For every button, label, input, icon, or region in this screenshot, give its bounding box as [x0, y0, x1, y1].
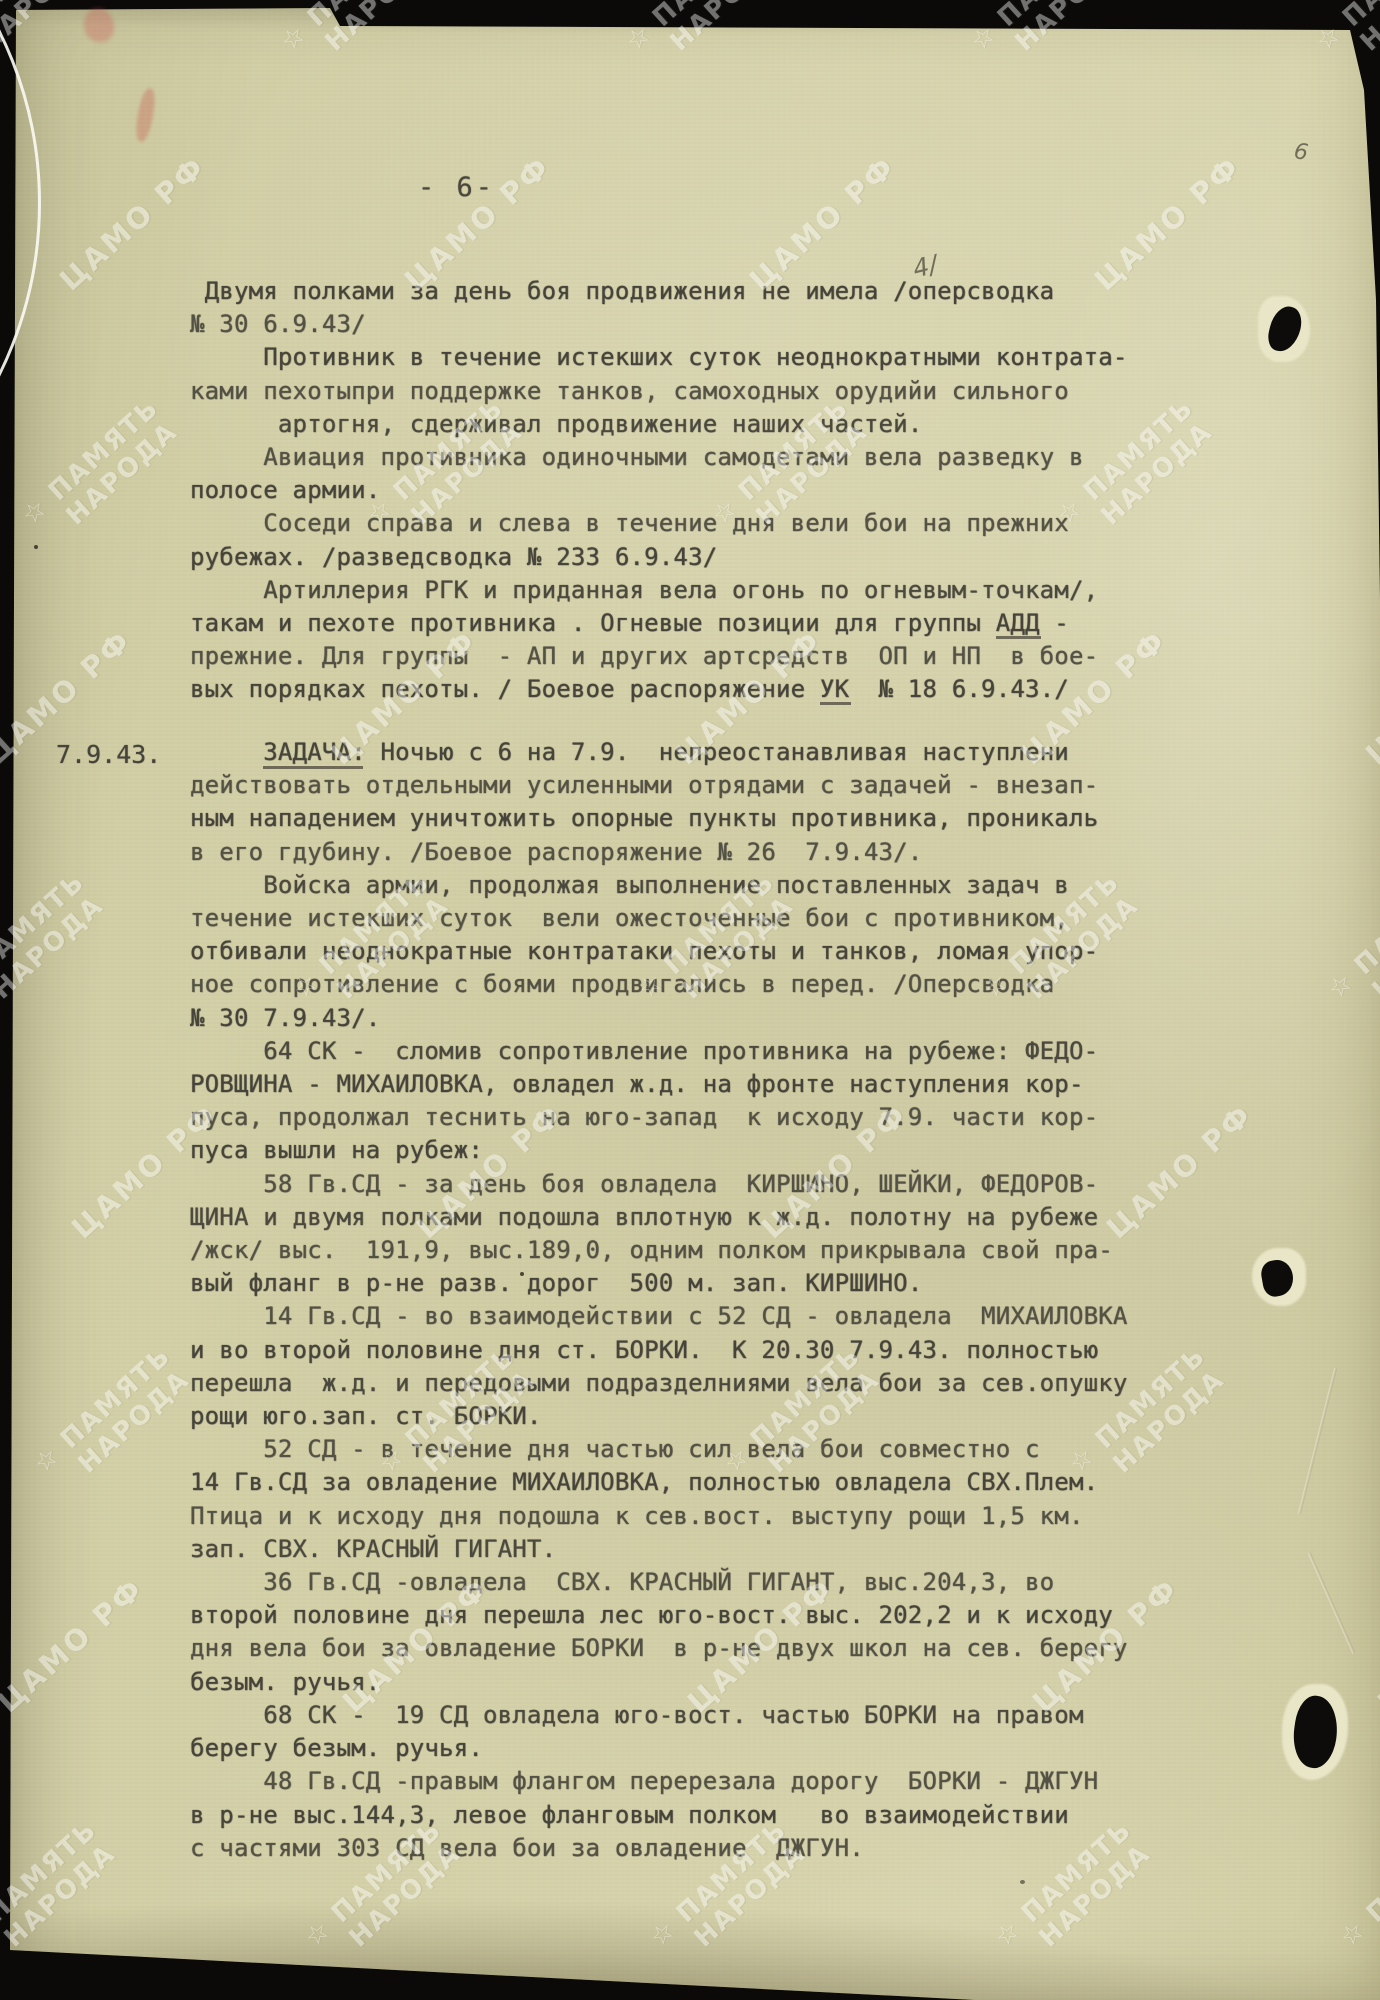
ink-speck — [1020, 1880, 1025, 1884]
typed-line: вый фланг в р-не разв. дорог 500 м. зап.… — [190, 1267, 1128, 1300]
typed-line: с частями 303 СД вела бои за овладение Д… — [190, 1832, 1128, 1865]
typed-line: Соседи справа и слева в течение дня вели… — [190, 507, 1128, 540]
typed-line: ное сопротивление с боями продвигались в… — [190, 968, 1128, 1001]
typed-line: пуса, продолжал теснить на юго-запад к и… — [190, 1101, 1128, 1134]
typed-line: в его гдубину. /Боевое распоряжение № 26… — [190, 836, 1128, 869]
typed-line: прежние. Для группы - АП и других артсре… — [190, 640, 1128, 673]
typed-line: рощи юго.зап. ст. БОРКИ. — [190, 1400, 1128, 1433]
typed-line: ками пехотыпри поддержке танков, самоход… — [190, 375, 1128, 408]
typed-line: Войска армии, продолжая выполнение поста… — [190, 869, 1128, 902]
typed-line: безым. ручья. — [190, 1666, 1128, 1699]
typed-line: 48 Гв.СД -правым флангом перерезала доро… — [190, 1765, 1128, 1798]
typed-line: пуса вышли на рубеж: — [190, 1134, 1128, 1167]
typed-line: № 30 7.9.43/. — [190, 1002, 1128, 1035]
typed-line: ЩИНА и двумя полками подошла вплотную к … — [190, 1201, 1128, 1234]
typed-line: /жск/ выс. 191,9, выс.189,0, одним полко… — [190, 1234, 1128, 1267]
typed-line: Авиация противника одиночными самодетами… — [190, 441, 1128, 474]
typewriter-underline-zadacha — [263, 766, 363, 769]
typed-line: 52 СД - в течение дня частью сил вела бо… — [190, 1433, 1128, 1466]
typed-line: Артиллерия РГК и приданная вела огонь по… — [190, 574, 1128, 607]
paper-crease — [1308, 1552, 1355, 1654]
pencil-annotation-right: 6 — [1292, 139, 1309, 166]
ink-speck — [34, 545, 38, 549]
typed-line: артогня, сдерживал продвижение наших час… — [190, 408, 1128, 441]
document-content: - 6- 7.9.43. Двумя полками за день боя п… — [0, 0, 1380, 2000]
scanned-document-page: - 6- 7.9.43. Двумя полками за день боя п… — [0, 0, 1380, 2000]
typed-line: 64 СК - сломив сопротивление противника … — [190, 1035, 1128, 1068]
typed-line: Двумя полками за день боя продвижения не… — [190, 275, 1128, 308]
typed-line: 14 Гв.СД за овладение МИХАИЛОВКА, полнос… — [190, 1466, 1128, 1499]
typed-line: РОВЩИНА - МИХАИЛОВКА, овладел ж.д. на фр… — [190, 1068, 1128, 1101]
typed-line: Птица и к исходу дня подошла к сев.вост.… — [190, 1500, 1128, 1533]
margin-date: 7.9.43. — [56, 740, 161, 769]
typewriter-underline-uk — [820, 702, 851, 705]
typed-line: 68 СК - 19 СД овладела юго-вост. частью … — [190, 1699, 1128, 1732]
red-pencil-streak — [133, 87, 157, 143]
typed-line: в р-не выс.144,3, левое фланговым полком… — [190, 1799, 1128, 1832]
typed-line: отбивали неоднократные контратаки пехоты… — [190, 935, 1128, 968]
typed-line: ЗАДАЧА: Ночью с 6 на 7.9. непреостанавли… — [190, 736, 1128, 769]
typed-line: 14 Гв.СД - во взаимодействии с 52 СД - о… — [190, 1300, 1128, 1333]
typed-line: Противник в течение истекших суток неодн… — [190, 341, 1128, 374]
typewriter-underline-add — [996, 636, 1041, 639]
typed-line: № 30 6.9.43/ — [190, 308, 1128, 341]
typed-line: 36 Гв.СД -овладела СВХ. КРАСНЫЙ ГИГАНТ, … — [190, 1566, 1128, 1599]
paper-crease — [1298, 1368, 1337, 1514]
typed-line: второй половине дня перешла лес юго-вост… — [190, 1599, 1128, 1632]
typed-line: дня вела бои за овладение БОРКИ в р-не д… — [190, 1632, 1128, 1665]
typed-line: такам и пехоте противника . Огневые пози… — [190, 607, 1128, 640]
typed-text-block-1: Двумя полками за день боя продвижения не… — [190, 275, 1128, 707]
typed-line: ным нападением уничтожить опорные пункты… — [190, 802, 1128, 835]
typed-line: и во второй половине дня ст. БОРКИ. К 20… — [190, 1334, 1128, 1367]
typed-line: зап. СВХ. КРАСНЫЙ ГИГАНТ. — [190, 1533, 1128, 1566]
typed-line: полосе армии. — [190, 474, 1128, 507]
typed-line: 58 Гв.СД - за день боя овладела КИРШИНО,… — [190, 1168, 1128, 1201]
typed-text-block-2: ЗАДАЧА: Ночью с 6 на 7.9. непреостанавли… — [190, 736, 1128, 1865]
page-number: - 6- — [418, 172, 495, 203]
typed-line: действовать отдельными усиленными отряда… — [190, 769, 1128, 802]
typed-line: вых порядках пехоты. / Боевое распоряжен… — [190, 673, 1128, 706]
typed-line: берегу безым. ручья. — [190, 1732, 1128, 1765]
typed-line: перешла ж.д. и передовыми подразделниями… — [190, 1367, 1128, 1400]
typed-line: течение истекших суток вели ожесточенные… — [190, 902, 1128, 935]
ink-speck — [520, 1272, 524, 1276]
red-pencil-smudge — [84, 8, 114, 42]
typed-line: рубежах. /разведсводка № 233 6.9.43/ — [190, 541, 1128, 574]
